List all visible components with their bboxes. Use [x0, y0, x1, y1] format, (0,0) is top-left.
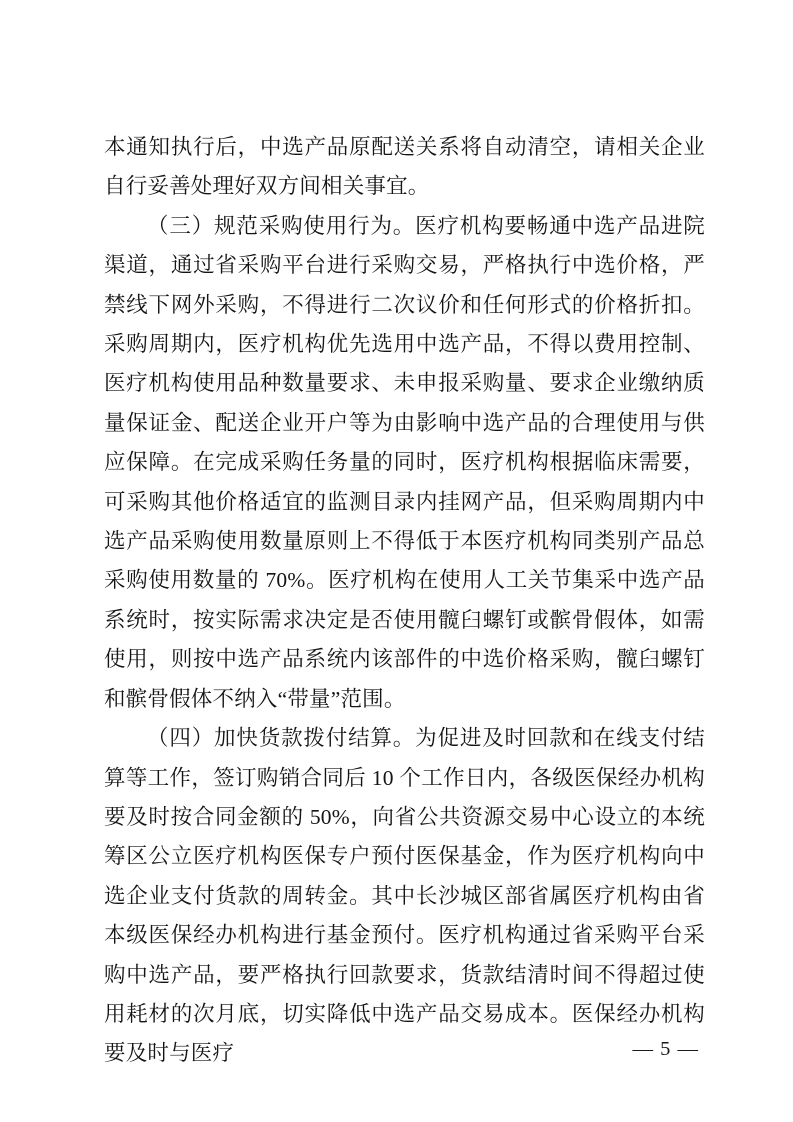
page-number: — 5 —: [633, 1038, 700, 1061]
section-heading: （四）加快货款拨付结算。: [147, 726, 415, 750]
paragraph-section-3: （三）规范采购使用行为。医疗机构要畅通中选产品进院渠道，通过省采购平台进行采购交…: [104, 207, 705, 719]
document-body: 本通知执行后，中选产品原配送关系将自动清空，请相关企业自行妥善处理好双方间相关事…: [104, 128, 705, 1074]
document-page: 本通知执行后，中选产品原配送关系将自动清空，请相关企业自行妥善处理好双方间相关事…: [0, 0, 793, 1122]
paragraph-section-4: （四）加快货款拨付结算。为促进及时回款和在线支付结算等工作，签订购销合同后 10…: [104, 719, 705, 1074]
paragraph-text: 为促进及时回款和在线支付结算等工作，签订购销合同后 10 个工作日内，各级医保经…: [104, 726, 705, 1065]
paragraph-text: 本通知执行后，中选产品原配送关系将自动清空，请相关企业自行妥善处理好双方间相关事…: [104, 135, 705, 198]
paragraph-continuation: 本通知执行后，中选产品原配送关系将自动清空，请相关企业自行妥善处理好双方间相关事…: [104, 128, 705, 207]
paragraph-text: 医疗机构要畅通中选产品进院渠道，通过省采购平台进行采购交易，严格执行中选价格，严…: [104, 214, 705, 711]
section-heading: （三）规范采购使用行为。: [147, 214, 415, 238]
